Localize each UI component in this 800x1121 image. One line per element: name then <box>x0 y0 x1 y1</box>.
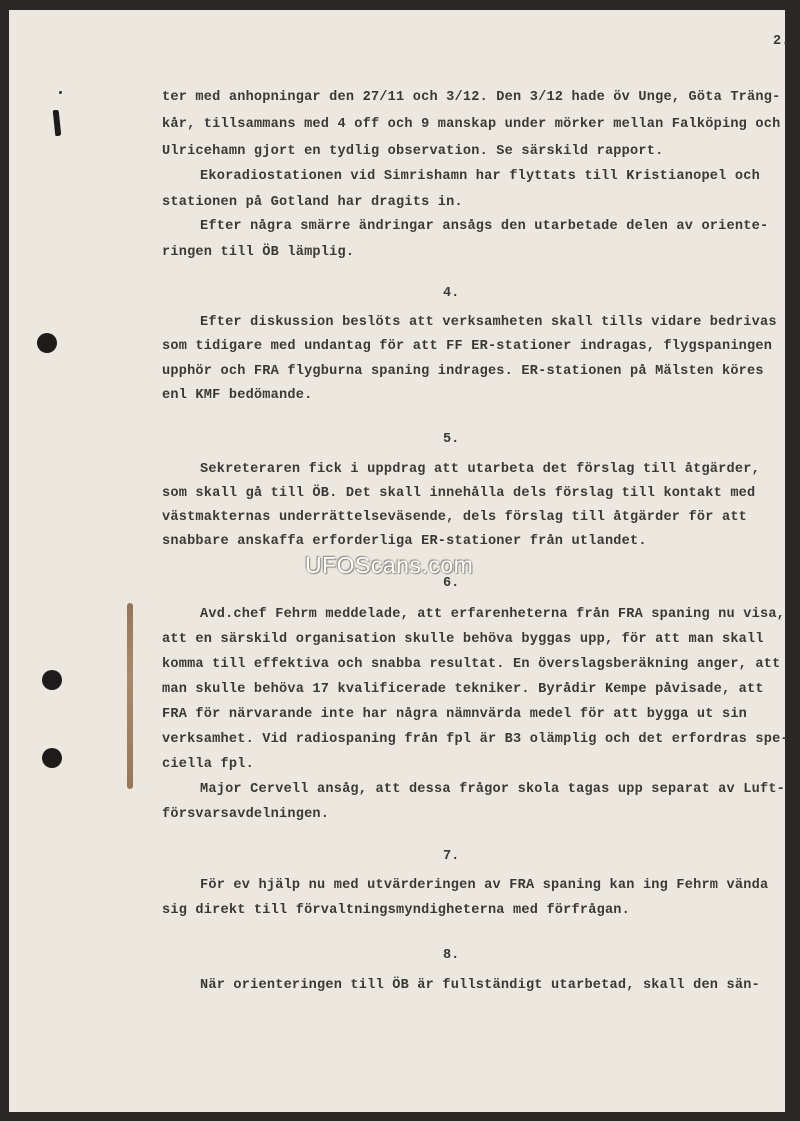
text-line: ringen till ÖB lämplig. <box>162 246 354 260</box>
margin-pencil-mark <box>127 603 133 789</box>
punch-hole <box>42 748 62 768</box>
text-line: Efter några smärre ändringar ansågs den … <box>200 220 768 234</box>
section-number: 5. <box>443 432 459 447</box>
text-line: FRA för närvarande inte har några nämnvä… <box>162 708 747 722</box>
text-line: försvarsavdelningen. <box>162 808 329 822</box>
text-line: enl KMF bedömande. <box>162 389 312 403</box>
text-line: För ev hjälp nu med utvärderingen av FRA… <box>200 879 768 893</box>
text-line: västmakternas underrättelseväsende, dels… <box>162 511 747 525</box>
punch-hole <box>42 670 62 690</box>
text-line: sig direkt till förvaltningsmyndighetern… <box>162 904 630 918</box>
section-number: 8. <box>443 948 459 963</box>
text-line: Ekoradiostationen vid Simrishamn har fly… <box>200 170 760 184</box>
text-line: När orienteringen till ÖB är fullständig… <box>200 979 760 993</box>
page-number: 2. <box>773 35 790 49</box>
watermark: UFOScans.com <box>305 552 473 579</box>
text-line: verksamhet. Vid radiospaning från fpl är… <box>162 733 789 747</box>
text-line: Avd.chef Fehrm meddelade, att erfarenhet… <box>200 608 785 622</box>
text-line: att en särskild organisation skulle behö… <box>162 633 764 647</box>
text-line: ciella fpl. <box>162 758 254 772</box>
section-number: 4. <box>443 286 459 301</box>
text-line: som skall gå till ÖB. Det skall innehåll… <box>162 487 755 501</box>
text-line: komma till effektiva och snabba resultat… <box>162 658 780 672</box>
text-line: Efter diskussion beslöts att verksamhete… <box>200 316 777 330</box>
text-line: snabbare anskaffa erforderliga ER-statio… <box>162 535 647 549</box>
text-line: Sekreteraren fick i uppdrag att utarbeta… <box>200 463 760 477</box>
text-line: Major Cervell ansåg, att dessa frågor sk… <box>200 783 785 797</box>
punch-hole <box>37 333 57 353</box>
text-line: kår, tillsammans med 4 off och 9 manskap… <box>162 118 780 132</box>
text-line: Ulricehamn gjort en tydlig observation. … <box>162 145 663 159</box>
text-line: ter med anhopningar den 27/11 och 3/12. … <box>162 91 780 105</box>
text-line: upphör och FRA flygburna spaning indrage… <box>162 365 764 379</box>
section-number: 7. <box>443 849 459 864</box>
text-line: man skulle behöva 17 kvalificerade tekni… <box>162 683 764 697</box>
text-line: som tidigare med undantag för att FF ER-… <box>162 340 772 354</box>
ink-dot <box>59 91 62 94</box>
text-line: stationen på Gotland har dragits in. <box>162 196 463 210</box>
